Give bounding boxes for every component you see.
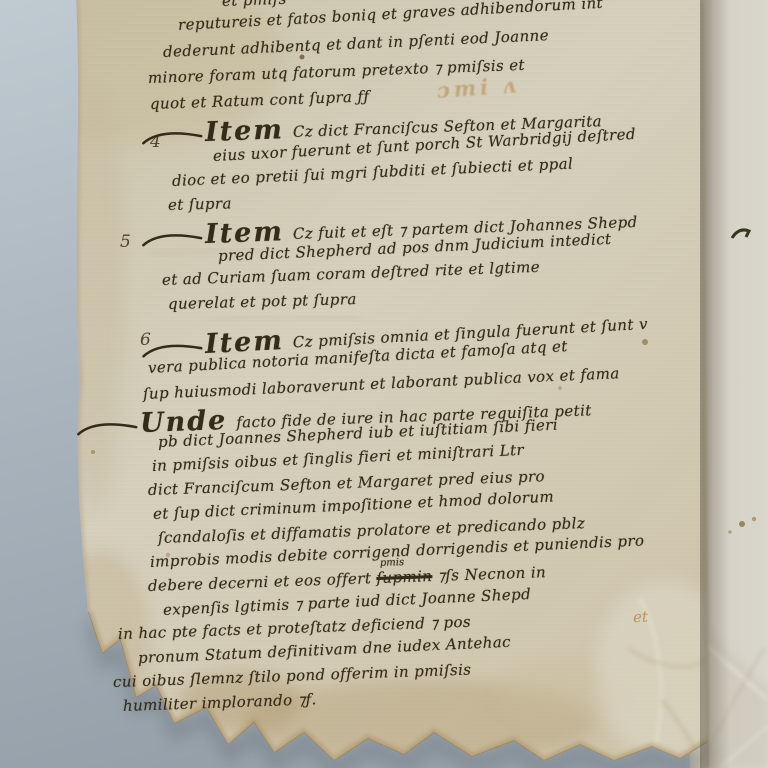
manuscript-line: quot et Ratum cont ſupra ƒƒ xyxy=(150,87,370,113)
interlinear-correction: pmis xyxy=(380,557,405,569)
manuscript-line: et ſupra xyxy=(168,194,232,214)
manuscript-line: querelat et pot pt ſupra xyxy=(168,290,357,313)
lead-flourish xyxy=(141,129,203,145)
manuscript-line: humiliter implorando ⁊ƒ. xyxy=(123,690,317,715)
manuscript-line: et pmiſs xyxy=(222,0,287,10)
faded-et-mark: et xyxy=(633,608,649,627)
manuscript-photo: ɔmi ʌ et 456 et pmiſsreputureis et fatos… xyxy=(0,0,768,768)
margin-number: 5 xyxy=(120,232,131,252)
struck-word: ſupminpmis xyxy=(376,567,433,587)
lead-flourish xyxy=(76,420,138,436)
lead-flourish xyxy=(141,231,203,247)
faded-ink-mark: ɔmi ʌ xyxy=(436,72,520,103)
manuscript-text-layer: ɔmi ʌ et 456 et pmiſsreputureis et fatos… xyxy=(0,0,768,768)
